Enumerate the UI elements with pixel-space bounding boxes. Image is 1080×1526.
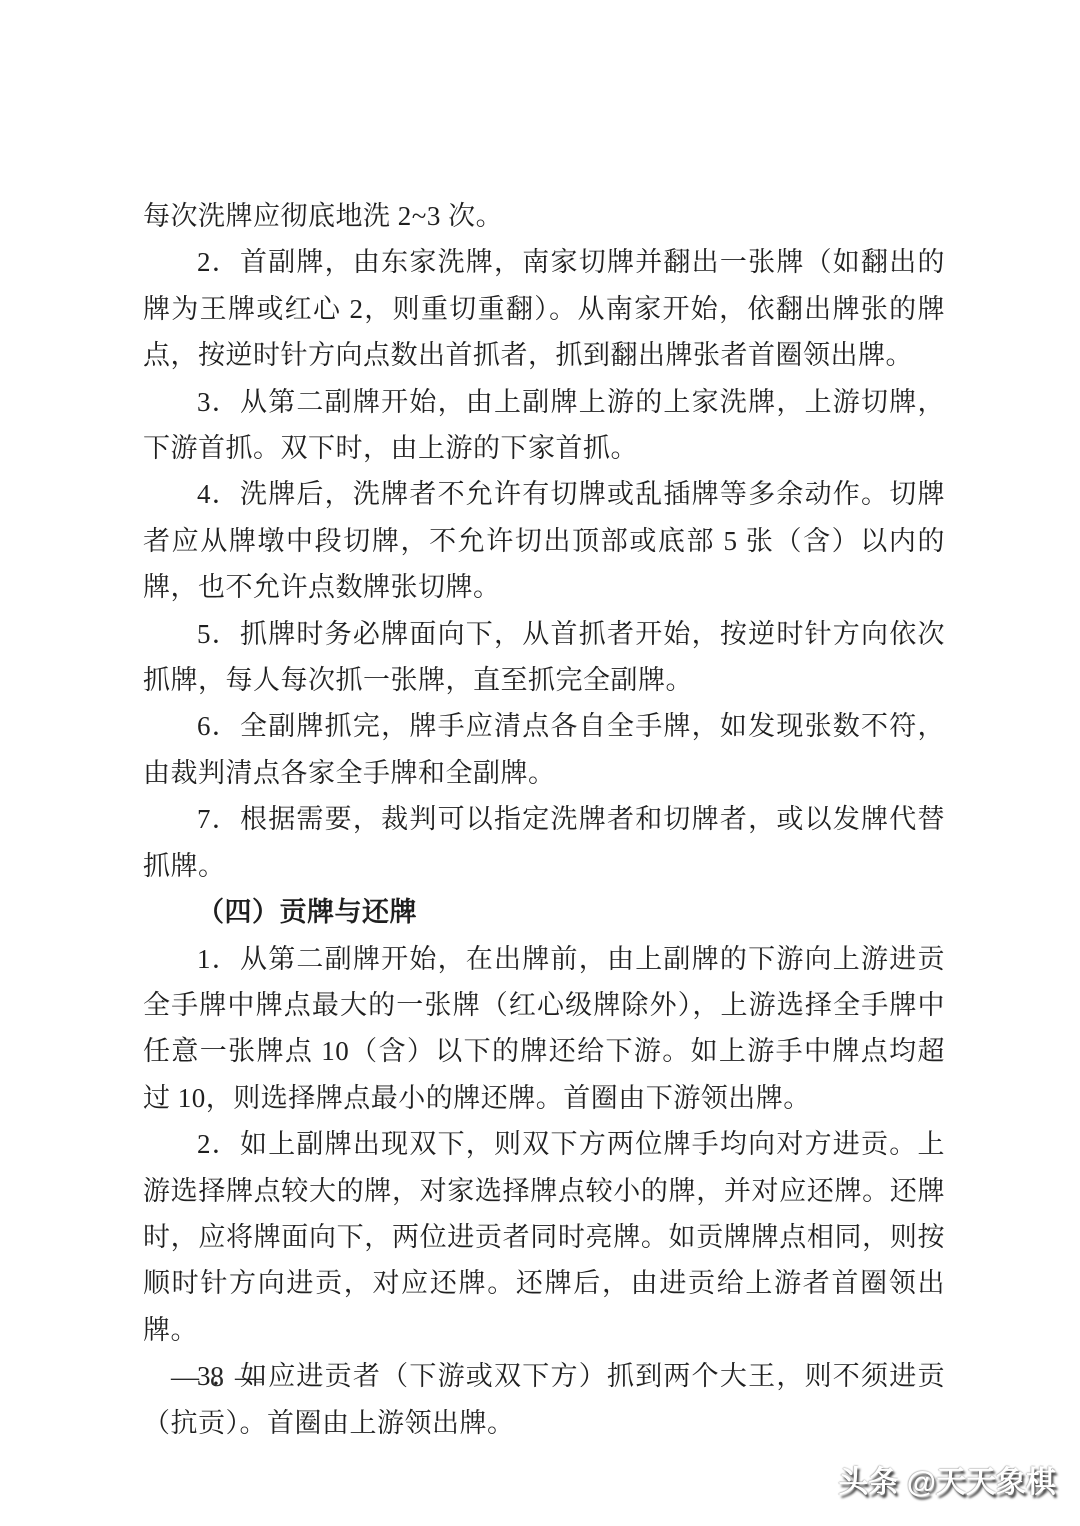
document-page: 每次洗牌应彻底地洗 2~3 次。 2．首副牌，由东家洗牌，南家切牌并翻出一张牌（…: [0, 0, 1080, 1526]
paragraph-tribute-1: 1．从第二副牌开始，在出牌前，由上副牌的下游向上游进贡全手牌中牌点最大的一张牌（…: [143, 936, 945, 1122]
paragraph-continuation: 每次洗牌应彻底地洗 2~3 次。: [143, 193, 945, 239]
document-body: 每次洗牌应彻底地洗 2~3 次。 2．首副牌，由东家洗牌，南家切牌并翻出一张牌（…: [143, 193, 945, 1446]
paragraph-shuffle-6: 6．全副牌抓完，牌手应清点各自全手牌，如发现张数不符，由裁判清点各家全手牌和全副…: [143, 703, 945, 796]
watermark: 头条 @天天象棋: [838, 1464, 1056, 1502]
page-number: — 8 —: [171, 1360, 265, 1396]
paragraph-shuffle-3: 3．从第二副牌开始，由上副牌上游的上家洗牌，上游切牌，下游首抓。双下时，由上游的…: [143, 379, 945, 472]
paragraph-shuffle-5: 5．抓牌时务必牌面向下，从首抓者开始，按逆时针方向依次抓牌，每人每次抓一张牌，直…: [143, 611, 945, 704]
paragraph-shuffle-7: 7．根据需要，裁判可以指定洗牌者和切牌者，或以发牌代替抓牌。: [143, 796, 945, 889]
paragraph-tribute-2: 2．如上副牌出现双下，则双下方两位牌手均向对方进贡。上游选择牌点较大的牌，对家选…: [143, 1121, 945, 1353]
section-heading-tribute: （四）贡牌与还牌: [143, 889, 945, 935]
paragraph-shuffle-2: 2．首副牌，由东家洗牌，南家切牌并翻出一张牌（如翻出的牌为王牌或红心 2，则重切…: [143, 239, 945, 378]
paragraph-shuffle-4: 4．洗牌后，洗牌者不允许有切牌或乱插牌等多余动作。切牌者应从牌墩中段切牌，不允许…: [143, 471, 945, 610]
